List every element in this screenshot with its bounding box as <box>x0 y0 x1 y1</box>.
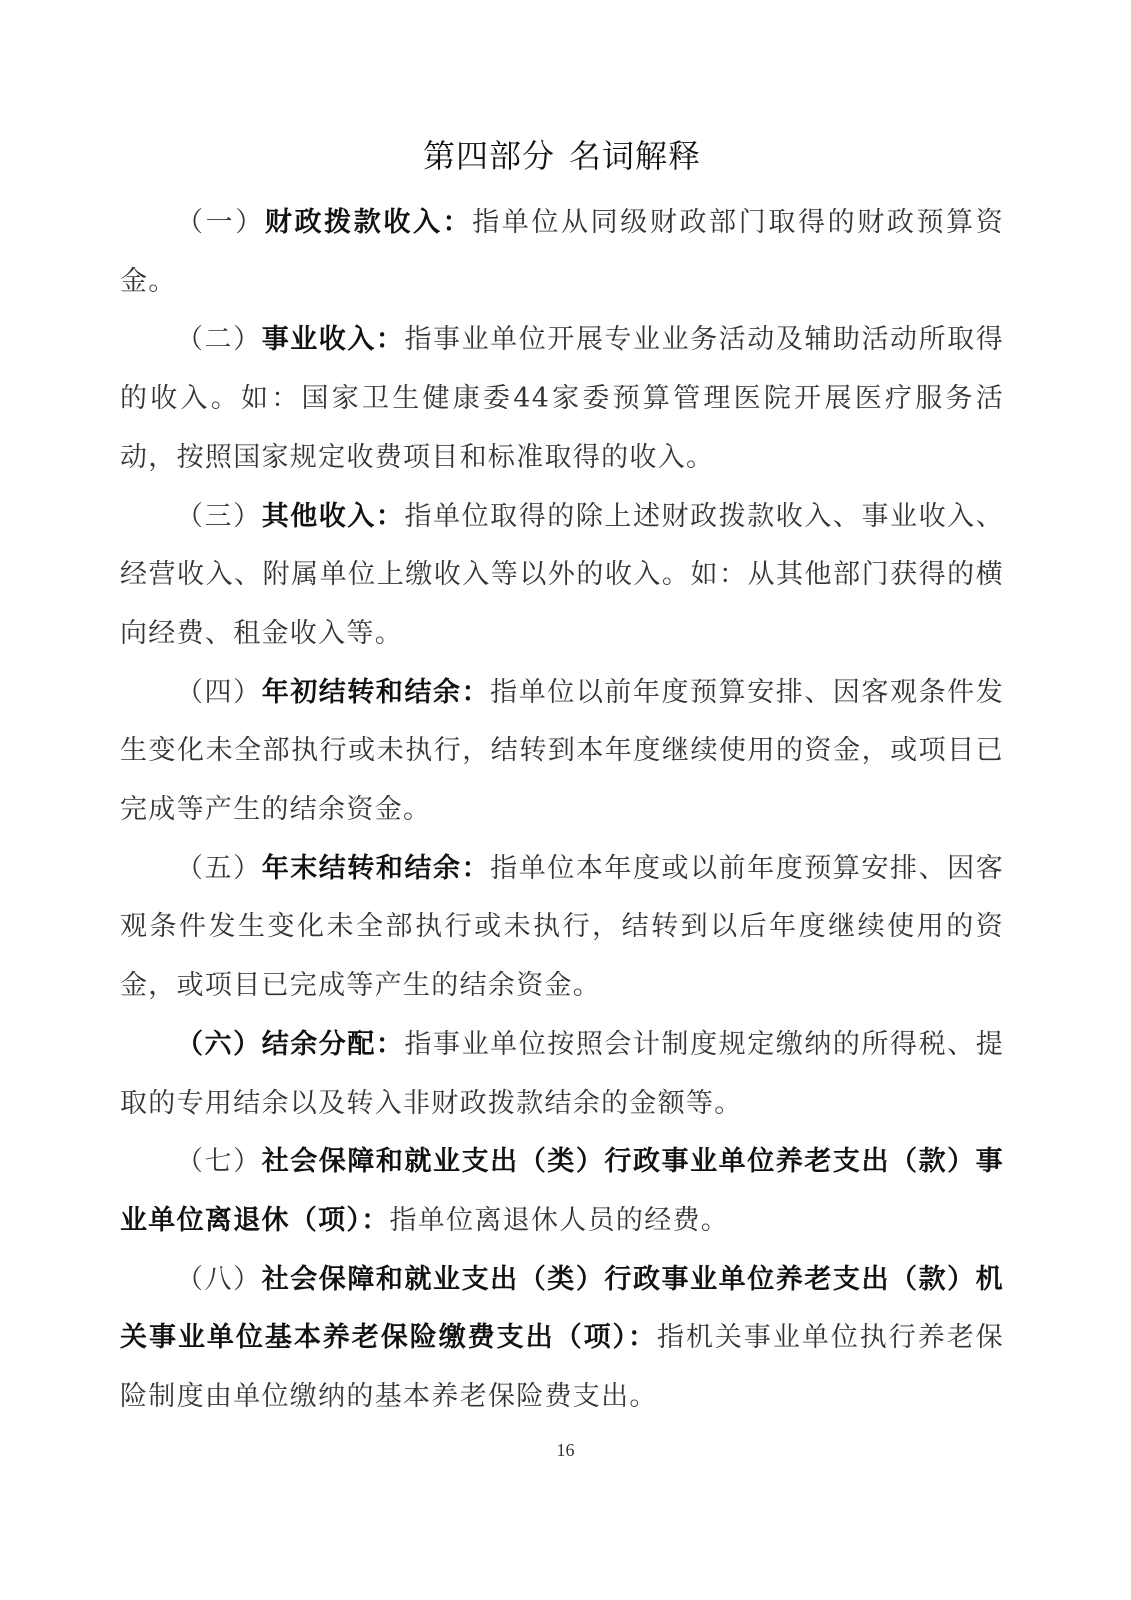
entry-number: （六） <box>176 1029 262 1060</box>
entry-term: 事业收入： <box>262 324 405 355</box>
glossary-entry: （二）事业收入：指事业单位开展专业业务活动及辅助活动所取得的收入。如：国家卫生健… <box>120 311 1004 487</box>
glossary-body: （一）财政拨款收入：指单位从同级财政部门取得的财政预算资金。 （二）事业收入：指… <box>120 194 1004 1427</box>
entry-definition: 指单位离退休人员的经费。 <box>390 1205 730 1236</box>
entry-number: （一） <box>176 207 265 238</box>
entry-number: （五） <box>176 853 262 884</box>
entry-term: 年初结转和结余： <box>262 677 490 708</box>
glossary-entry: （七）社会保障和就业支出（类）行政事业单位养老支出（款）事业单位离退休（项）：指… <box>120 1133 1004 1250</box>
entry-number: （八） <box>176 1264 262 1295</box>
entry-number: （二） <box>176 324 262 355</box>
entry-term: 其他收入： <box>262 501 405 532</box>
glossary-entry: （三）其他收入：指单位取得的除上述财政拨款收入、事业收入、经营收入、附属单位上缴… <box>120 488 1004 664</box>
entry-number: （三） <box>176 501 262 532</box>
glossary-entry: （一）财政拨款收入：指单位从同级财政部门取得的财政预算资金。 <box>120 194 1004 311</box>
entry-number: （七） <box>176 1146 262 1177</box>
page-number: 16 <box>0 1440 1131 1461</box>
entry-term: 年末结转和结余： <box>262 853 490 884</box>
entry-number: （四） <box>176 677 262 708</box>
entry-term: 结余分配： <box>262 1029 405 1060</box>
glossary-entry: （四）年初结转和结余：指单位以前年度预算安排、因客观条件发生变化未全部执行或未执… <box>120 664 1004 840</box>
glossary-entry: （八）社会保障和就业支出（类）行政事业单位养老支出（款）机关事业单位基本养老保险… <box>120 1251 1004 1427</box>
entry-term: 财政拨款收入： <box>265 207 472 238</box>
glossary-entry: （六）结余分配：指事业单位按照会计制度规定缴纳的所得税、提取的专用结余以及转入非… <box>120 1016 1004 1133</box>
section-title-part: 第四部分 <box>423 137 555 175</box>
glossary-entry: （五）年末结转和结余：指单位本年度或以前年度预算安排、因客观条件发生变化未全部执… <box>120 840 1004 1016</box>
section-title-heading: 名词解释 <box>569 137 701 175</box>
section-title: 第四部分名词解释 <box>120 132 1004 180</box>
